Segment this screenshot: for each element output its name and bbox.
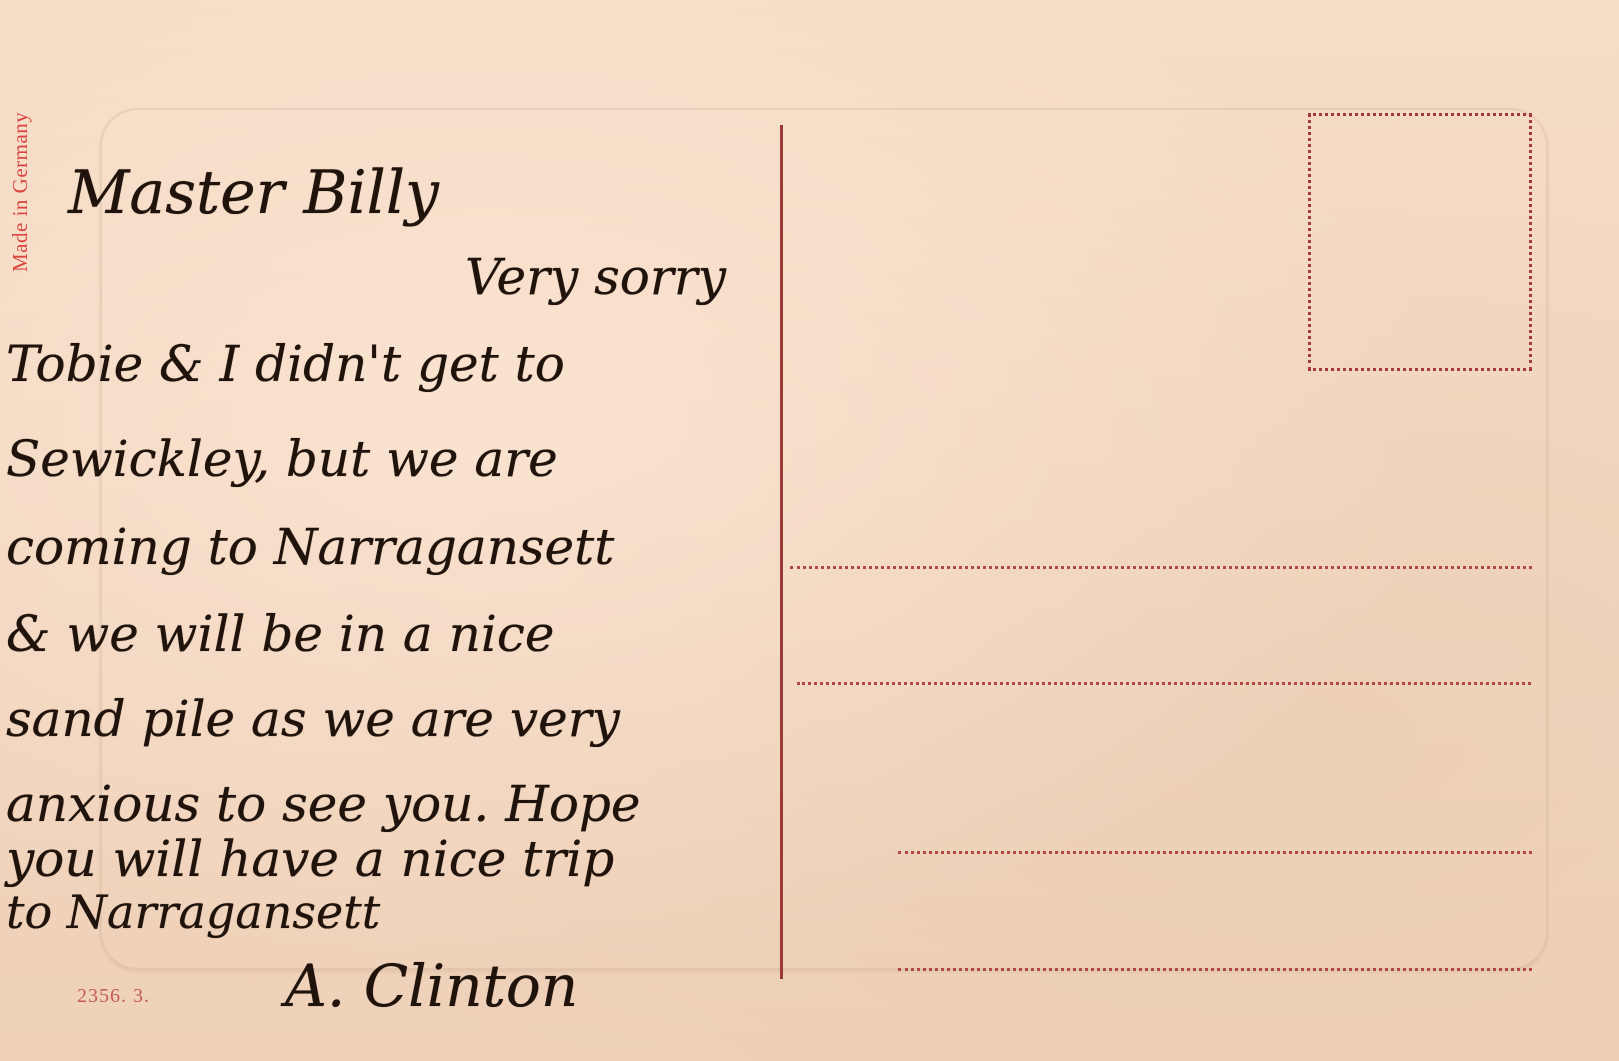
message-line: coming to Narragansett	[6, 518, 614, 576]
center-divider-line	[780, 125, 783, 979]
message-line: anxious to see you. Hope	[6, 775, 641, 833]
message-signature: A. Clinton	[285, 952, 578, 1020]
message-salutation: Master Billy	[68, 158, 439, 228]
serial-number: 2356. 3.	[77, 985, 150, 1008]
stamp-placeholder-box	[1308, 113, 1532, 371]
message-line: you will have a nice trip	[6, 830, 614, 888]
address-line-3	[898, 851, 1532, 854]
message-line: to Narragansett	[6, 885, 380, 939]
made-in-germany-imprint: Made in Germany	[8, 42, 34, 272]
message-line: sand pile as we are very	[6, 690, 620, 748]
message-line: Sewickley, but we are	[6, 430, 558, 488]
address-line-2	[797, 682, 1531, 685]
postcard-back: Made in Germany Master Billy Very sorry …	[0, 0, 1619, 1061]
address-line-4	[898, 968, 1532, 971]
message-line: Very sorry	[465, 248, 726, 306]
address-line-1	[790, 566, 1532, 569]
message-line: Tobie & I didn't get to	[6, 335, 565, 393]
message-line: & we will be in a nice	[6, 605, 554, 663]
